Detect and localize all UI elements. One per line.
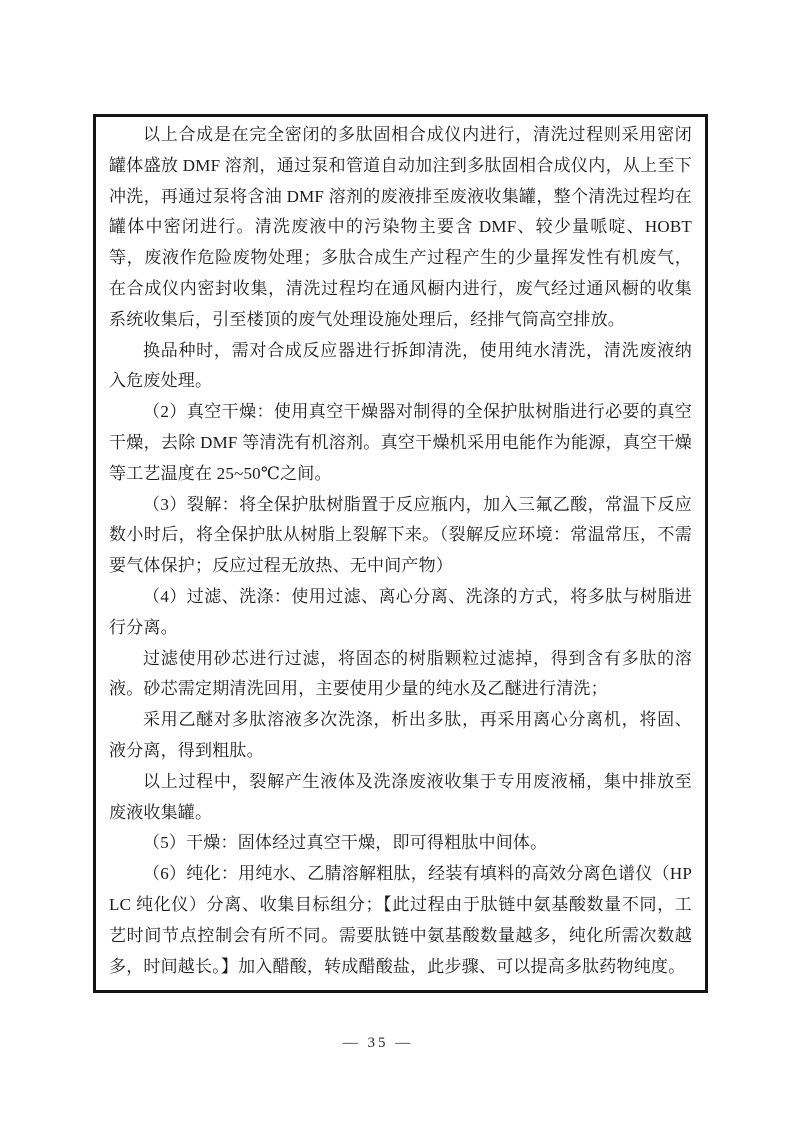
paragraph: 采用乙醚对多肽溶液多次洗涤，析出多肽，再采用离心分离机，将固、液分离，得到粗肽。 [109,705,692,767]
paragraph: 以上合成是在完全密闭的多肽固相合成仪内进行，清洗过程则采用密闭罐体盛放 DMF … [109,120,692,336]
page-number: — 35 — [71,1035,685,1052]
paragraph: （3）裂解：将全保护肽树脂置于反应瓶内，加入三氟乙酸，常温下反应数小时后，将全保… [109,490,692,582]
document-border-frame: 以上合成是在完全密闭的多肽固相合成仪内进行，清洗过程则采用密闭罐体盛放 DMF … [93,114,708,993]
paragraph: 过滤使用砂芯进行过滤，将固态的树脂颗粒过滤掉，得到含有多肽的溶液。砂芯需定期清洗… [109,644,692,706]
paragraph: 换品种时，需对合成反应器进行拆卸清洗，使用纯水清洗，清洗废液纳入危废处理。 [109,336,692,398]
paragraph: （2）真空干燥：使用真空干燥器对制得的全保护肽树脂进行必要的真空干燥，去除 DM… [109,397,692,489]
paragraph: 以上过程中，裂解产生液体及洗涤废液收集于专用废液桶，集中排放至废液收集罐。 [109,767,692,829]
paragraph: （5）干燥：固体经过真空干燥，即可得粗肽中间体。 [109,828,692,859]
paragraph: （4）过滤、洗涤：使用过滤、离心分离、洗涤的方式，将多肽与树脂进行分离。 [109,582,692,644]
paragraph: （6）纯化：用纯水、乙腈溶解粗肽，经装有填料的高效分离色谱仪（HPLC 纯化仪）… [109,859,692,982]
document-page: 以上合成是在完全密闭的多肽固相合成仪内进行，清洗过程则采用密闭罐体盛放 DMF … [0,0,800,1131]
document-body: 以上合成是在完全密闭的多肽固相合成仪内进行，清洗过程则采用密闭罐体盛放 DMF … [109,120,692,982]
